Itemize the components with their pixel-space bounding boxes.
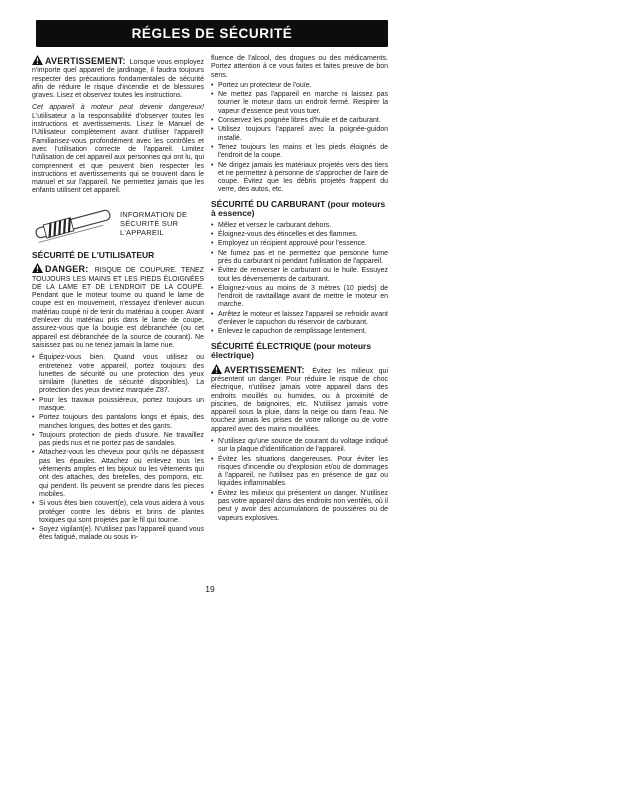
bullet-item: Évitez les milieux qui présentent un dan… — [211, 490, 388, 523]
user-safety-bullet-list-continued: Portez un protecteur de l'ouïe. Ne mette… — [211, 82, 388, 195]
bullet-item: Enlevez le capuchon de remplissage lente… — [211, 328, 388, 336]
intro-italic-sentence: Cet appareil à moteur peut devenir dange… — [32, 104, 204, 111]
bullet-item: Ne fumez pas et ne permettez que personn… — [211, 250, 388, 267]
bullet-item: Ne mettez pas l'appareil en marche ni la… — [211, 91, 388, 116]
figure-caption-line: SÉCURITÉ SUR — [120, 219, 187, 228]
intro-text: L'utilisateur a la responsabilité d'obse… — [32, 113, 204, 195]
warning-label: AVERTISSEMENT: — [45, 56, 126, 66]
warning-triangle-icon — [32, 263, 43, 273]
warning-label: AVERTISSEMENT: — [224, 365, 305, 375]
bullet-item: Évitez les situations dangereuses. Pour … — [211, 456, 388, 489]
bullet-item: Portez un protecteur de l'ouïe. — [211, 82, 388, 90]
fuel-safety-bullet-list: Mêlez et versez le carburant dehors. Élo… — [211, 222, 388, 337]
bullet-item: Tenez toujours les mains et les pieds él… — [211, 144, 388, 161]
warning-paragraph: AVERTISSEMENT: Lorsque vous employez n'i… — [32, 55, 204, 100]
section-title-banner: RÉGLES DE SÉCURITÉ — [36, 20, 388, 47]
bullet-item: Si vous êtes bien couvert(e), cela vous … — [32, 500, 204, 525]
electric-warning-text: Évitez les milieux qui présentent un dan… — [211, 368, 388, 433]
electric-safety-heading: SÉCURITÉ ÉLECTRIQUE (pour moteurs électr… — [211, 342, 388, 361]
left-column: AVERTISSEMENT: Lorsque vous employez n'i… — [32, 55, 204, 547]
bullet-item: Pour les travaux poussiéreux, portez tou… — [32, 397, 204, 414]
fuel-safety-heading: SÉCURITÉ DU CARBURANT (pour moteurs à es… — [211, 200, 388, 219]
user-safety-heading: SÉCURITÉ DE L'UTILISATEUR — [32, 251, 204, 261]
figure-caption-line: INFORMATION DE — [120, 210, 187, 219]
bullet-item: Mêlez et versez le carburant dehors. — [211, 222, 388, 230]
continuation-paragraph: fluence de l'alcool, des drogues ou des … — [211, 55, 388, 80]
figure-caption: INFORMATION DE SÉCURITÉ SUR L'APPAREIL — [120, 210, 187, 237]
safety-label-on-shaft-illustration — [32, 202, 114, 246]
bullet-item: Évitez de renverser le carburant ou le h… — [211, 267, 388, 284]
warning-triangle-icon — [211, 364, 222, 374]
bullet-item: Utilisez toujours l'appareil avec la poi… — [211, 126, 388, 143]
warning-triangle-icon — [32, 55, 43, 65]
bullet-item: Éloignez-vous au moins de 3 mètres (10 p… — [211, 285, 388, 310]
bullet-item: Portez toujours des pantalons longs et é… — [32, 414, 204, 431]
bullet-item: Soyez vigilant(e). N'utilisez pas l'appa… — [32, 526, 204, 543]
danger-label: DANGER: — [45, 264, 88, 274]
page-number: 19 — [32, 584, 388, 594]
bullet-item: Équipez-vous bien. Quand vous utilisez o… — [32, 354, 204, 395]
two-column-layout: AVERTISSEMENT: Lorsque vous employez n'i… — [32, 55, 388, 547]
bullet-item: Conservez les poignée libres d'huile et … — [211, 117, 388, 125]
bullet-item: Employez un récipient approuvé pour l'es… — [211, 240, 388, 248]
figure-caption-line: L'APPAREIL — [120, 228, 187, 237]
right-column: fluence de l'alcool, des drogues ou des … — [211, 55, 388, 547]
page-content: RÉGLES DE SÉCURITÉ AVERTISSEMENT: Lorsqu… — [32, 20, 388, 547]
bullet-item: Ne dirigez jamais les matériaux projetés… — [211, 162, 388, 195]
bullet-item: Attachez-vous les cheveux pour qu'ils ne… — [32, 449, 204, 499]
electric-safety-bullet-list: N'utilisez qu'une source de courant du v… — [211, 438, 388, 523]
bullet-item: Toujours protection de pieds d'usure. Ne… — [32, 432, 204, 449]
danger-paragraph: DANGER: RISQUE DE COUPURE. TENEZ TOUJOUR… — [32, 263, 204, 350]
electric-warning-paragraph: AVERTISSEMENT: Évitez les milieux qui pr… — [211, 364, 388, 434]
intro-paragraph: Cet appareil à moteur peut devenir dange… — [32, 104, 204, 195]
bullet-item: N'utilisez qu'une source de courant du v… — [211, 438, 388, 455]
bullet-item: Éloignez-vous des étincelles et des flam… — [211, 231, 388, 239]
appliance-safety-figure: INFORMATION DE SÉCURITÉ SUR L'APPAREIL — [32, 202, 204, 246]
page-title: RÉGLES DE SÉCURITÉ — [132, 26, 293, 41]
user-safety-bullet-list: Équipez-vous bien. Quand vous utilisez o… — [32, 354, 204, 543]
danger-text: Pendant que le moteur tourne ou quand le… — [32, 292, 204, 349]
bullet-item: Arrêtez le moteur et laissez l'appareil … — [211, 311, 388, 328]
manual-page: RÉGLES DE SÉCURITÉ AVERTISSEMENT: Lorsqu… — [0, 0, 618, 800]
